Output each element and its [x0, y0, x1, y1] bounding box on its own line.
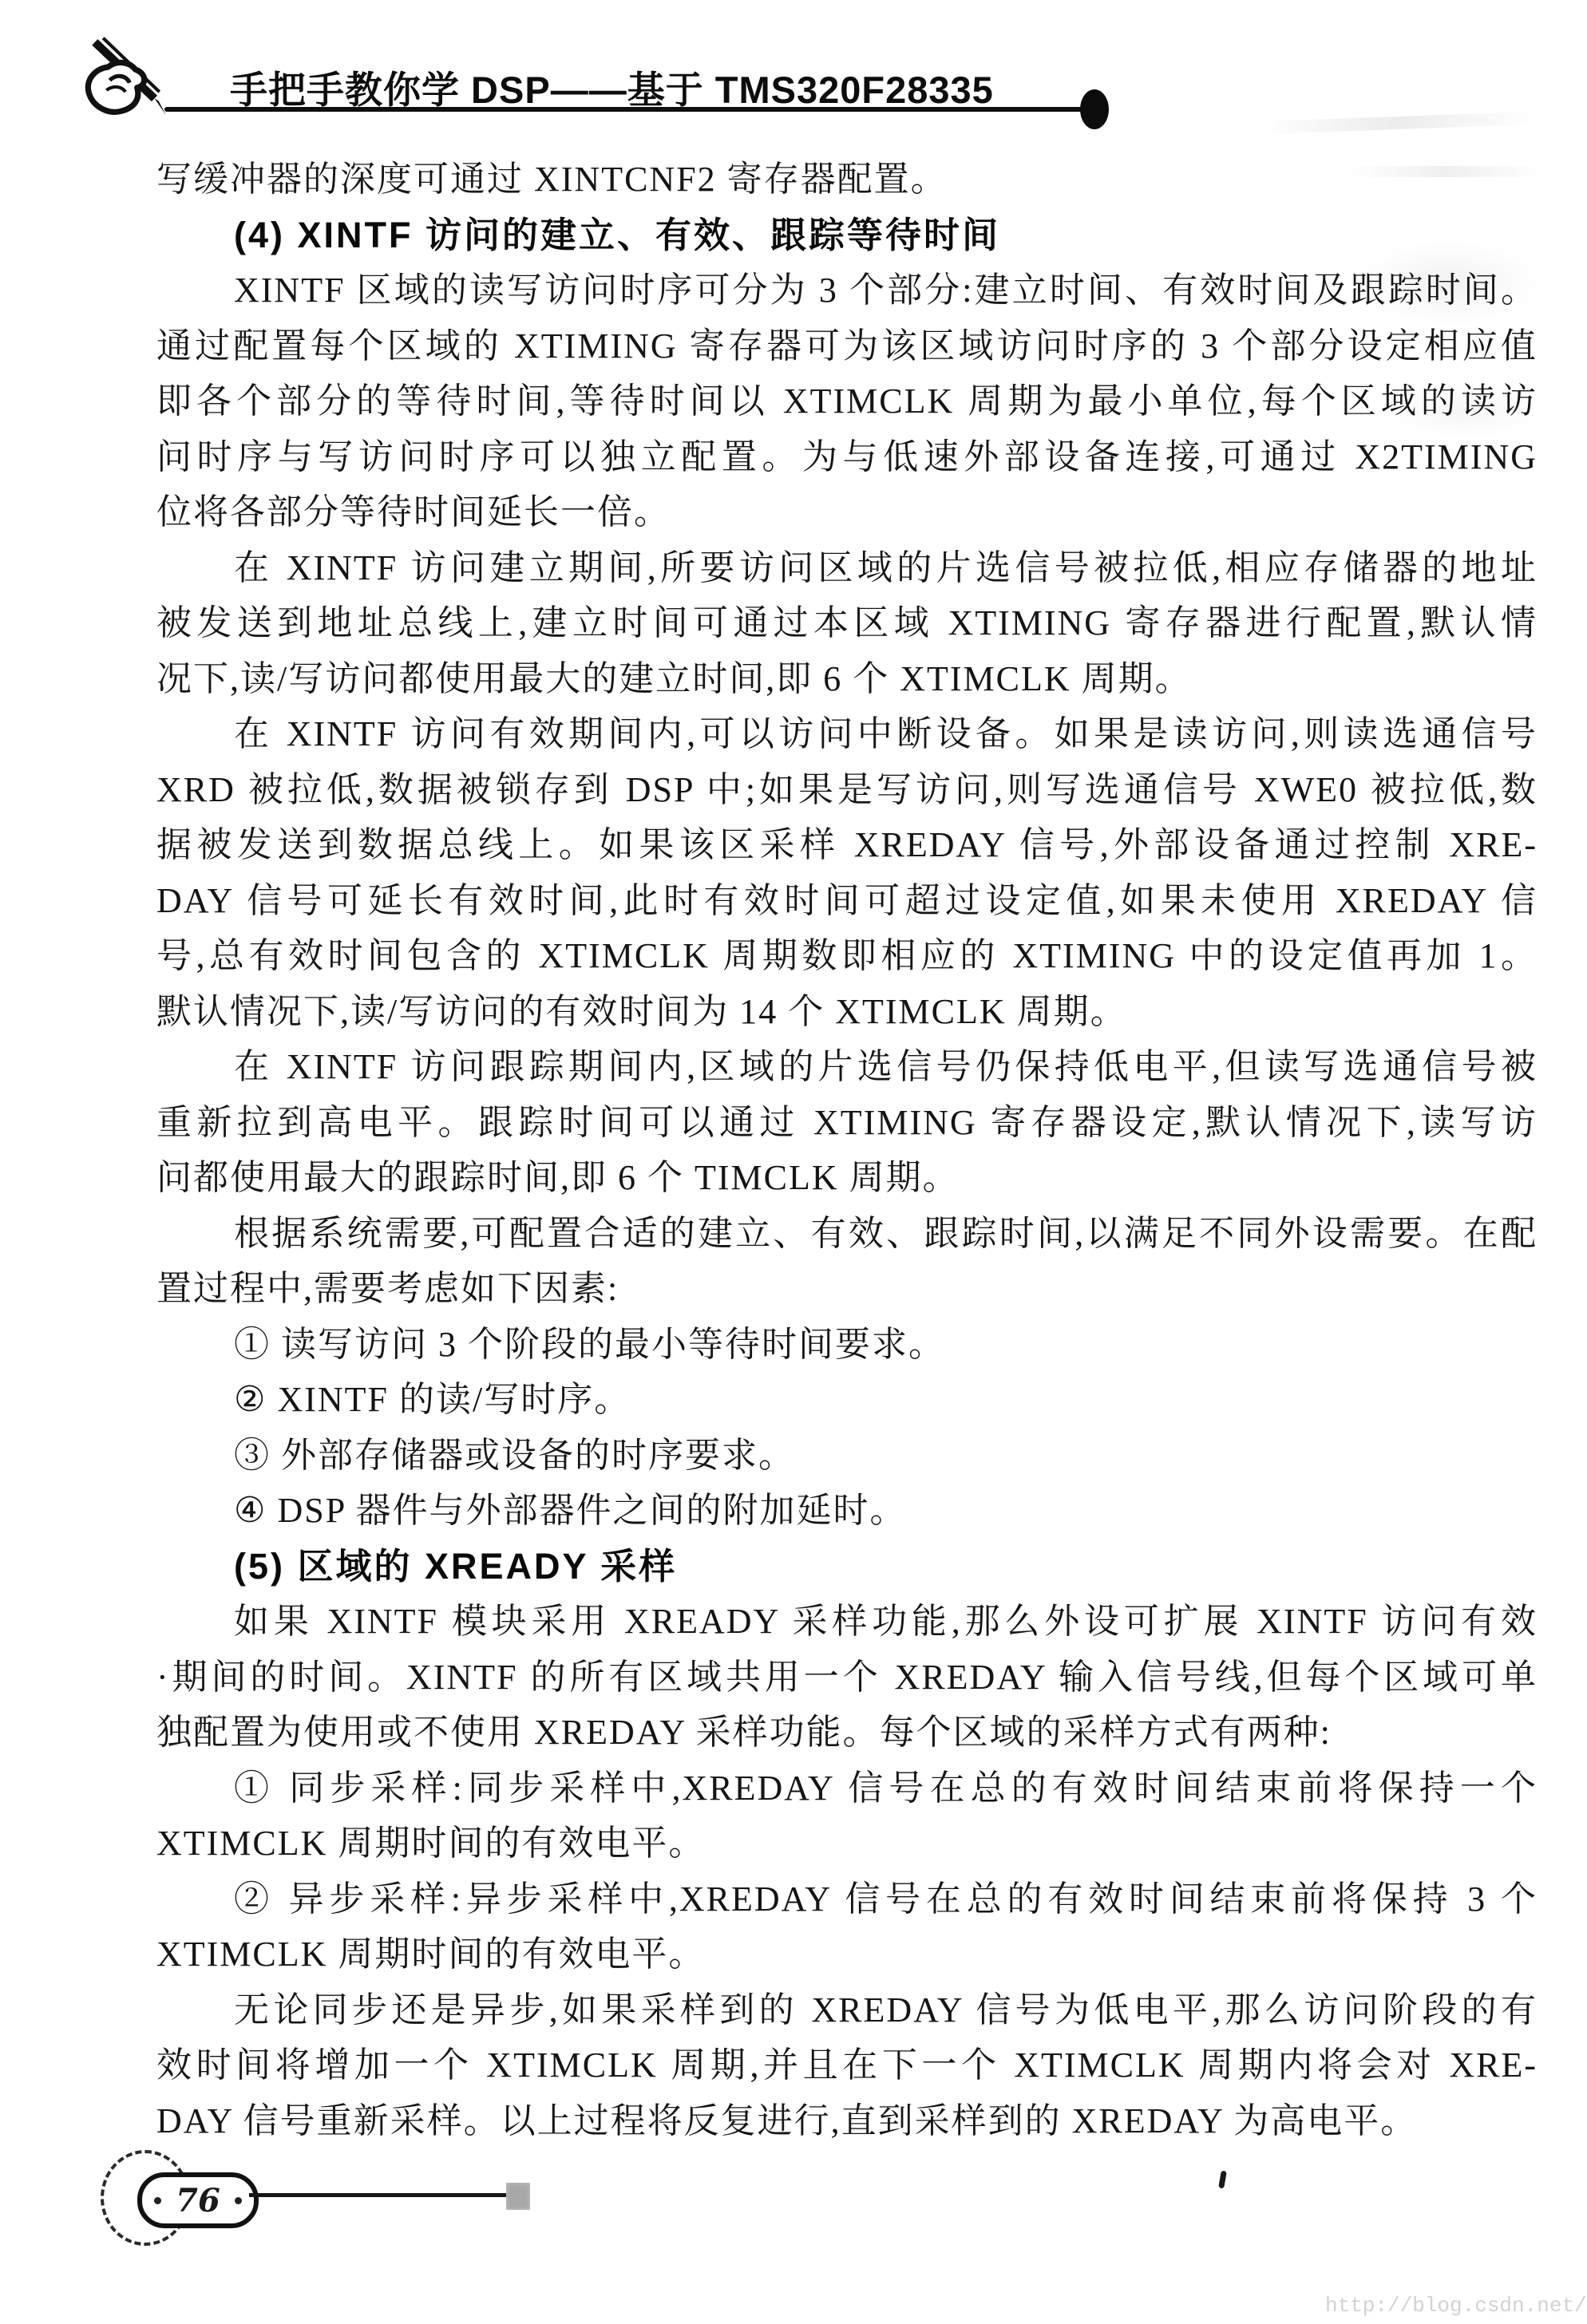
watermark-url: http://blog.csdn.net/hmf1235789 [1325, 2294, 1587, 2318]
body-line: 即各个部分的等待时间,等待时间以 XTIMCLK 周期为最小单位,每个区域的读访 [156, 373, 1538, 429]
footer-rule [249, 2193, 511, 2197]
body-line: ② 异步采样:异步采样中,XREDAY 信号在总的有效时间结束前将保持 3 个 [156, 1871, 1538, 1927]
body-line: 如果 XINTF 模块采用 XREADY 采样功能,那么外设可扩展 XINTF … [156, 1594, 1538, 1650]
body-line: 被发送到地址总线上,建立时间可通过本区域 XTIMING 寄存器进行配置,默认情 [156, 595, 1538, 651]
body-line: ① 同步采样:同步采样中,XREDAY 信号在总的有效时间结束前将保持一个 [156, 1761, 1538, 1816]
scan-smudge [1261, 112, 1533, 134]
body-line: 根据系统需要,可配置合适的建立、有效、跟踪时间,以满足不同外设需要。在配 [156, 1206, 1538, 1262]
body-line: XTIMCLK 周期时间的有效电平。 [156, 1927, 1538, 1982]
body-line: 写缓冲器的深度可通过 XINTCNF2 寄存器配置。 [156, 152, 1538, 207]
body-text: 写缓冲器的深度可通过 XINTCNF2 寄存器配置。 (4) XINTF 访问的… [156, 152, 1538, 2148]
body-line: DAY 信号重新采样。以上过程将反复进行,直到采样到的 XREDAY 为高电平。 [156, 2093, 1538, 2149]
section-heading-4: (4) XINTF 访问的建立、有效、跟踪等待时间 [156, 207, 1538, 263]
list-item-2: ② XINTF 的读/写时序。 [156, 1372, 1538, 1428]
header-rule-end-dot [1080, 89, 1109, 129]
book-title: 手把手教你学 DSP——基于 TMS320F28335 [230, 61, 994, 114]
header-rule [164, 107, 1084, 112]
body-line: 况下,读/写访问都使用最大的建立时间,即 6 个 XTIMCLK 周期。 [156, 651, 1538, 707]
body-line: XRD 被拉低,数据被锁存到 DSP 中;如果是写访问,则写选通信号 XWE0 … [156, 762, 1538, 818]
body-line: 据被发送到数据总线上。如果该区采样 XREDAY 信号,外部设备通过控制 XRE… [156, 817, 1538, 873]
body-line: 置过程中,需要考虑如下因素: [156, 1261, 1538, 1317]
page-number: 76 [176, 2182, 220, 2219]
body-line: 在 XINTF 访问有效期间内,可以访问中断设备。如果是读访问,则读选通信号 [156, 706, 1538, 762]
body-line: 在 XINTF 访问建立期间,所要访问区域的片选信号被拉低,相应存储器的地址 [156, 540, 1538, 596]
book-page: 手把手教你学 DSP——基于 TMS320F28335 写缓冲器的深度可通过 X… [0, 0, 1587, 2324]
badge-dot [154, 2197, 161, 2204]
body-line: XTIMCLK 周期时间的有效电平。 [156, 1816, 1538, 1871]
stray-ink-mark [1218, 2171, 1227, 2189]
body-line: 重新拉到高电平。跟踪时间可以通过 XTIMING 寄存器设定,默认情况下,读写访 [156, 1095, 1538, 1151]
body-line: 号,总有效时间包含的 XTIMCLK 周期数即相应的 XTIMING 中的设定值… [156, 928, 1538, 984]
body-line: DAY 信号可延长有效时间,此时有效时间可超过设定值,如果未使用 XREDAY … [156, 873, 1538, 929]
section-heading-5: (5) 区域的 XREADY 采样 [156, 1539, 1538, 1595]
body-line: 通过配置每个区域的 XTIMING 寄存器可为该区域访问时序的 3 个部分设定相… [156, 318, 1538, 374]
body-line: 默认情况下,读/写访问的有效时间为 14 个 XTIMCLK 周期。 [156, 984, 1538, 1040]
list-item-4: ④ DSP 器件与外部器件之间的附加延时。 [156, 1483, 1538, 1539]
body-line: 在 XINTF 访问跟踪期间内,区域的片选信号仍保持低电平,但读写选通信号被 [156, 1039, 1538, 1095]
body-line: 问时序与写访问时序可以独立配置。为与低速外部设备连接,可通过 X2TIMING [156, 429, 1538, 485]
body-line: 效时间将增加一个 XTIMCLK 周期,并且在下一个 XTIMCLK 周期内将会… [156, 2037, 1538, 2093]
list-item-1: ① 读写访问 3 个阶段的最小等待时间要求。 [156, 1317, 1538, 1373]
body-line: 问都使用最大的跟踪时间,即 6 个 TIMCLK 周期。 [156, 1150, 1538, 1206]
body-line: 独配置为使用或不使用 XREDAY 采样功能。每个区域的采样方式有两种: [156, 1705, 1538, 1761]
badge-dot [235, 2197, 242, 2204]
list-item-3: ③ 外部存储器或设备的时序要求。 [156, 1428, 1538, 1484]
body-line: 位将各部分等待时间延长一倍。 [156, 484, 1538, 540]
body-line: XINTF 区域的读写访问时序可分为 3 个部分:建立时间、有效时间及跟踪时间。 [156, 263, 1538, 318]
page-number-badge: 76 [137, 2172, 259, 2228]
footer-rule-end-square [506, 2183, 530, 2210]
body-line: 无论同步还是异步,如果采样到的 XREDAY 信号为低电平,那么访问阶段的有 [156, 1982, 1538, 2038]
body-line: ·期间的时间。XINTF 的所有区域共用一个 XREDAY 输入信号线,但每个区… [156, 1650, 1538, 1705]
